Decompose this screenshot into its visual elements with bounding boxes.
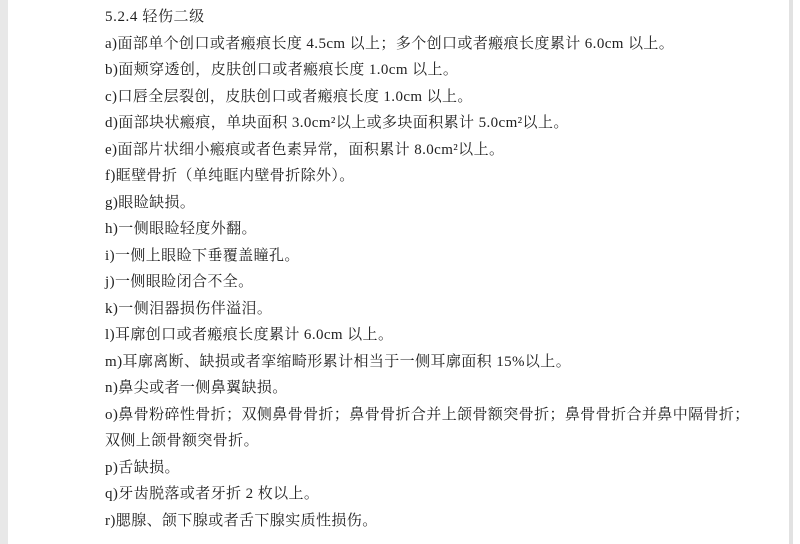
document-page: 5.2.4 轻伤二级 a)面部单个创口或者瘢痕长度 4.5cm 以上；多个创口或…: [0, 0, 800, 544]
document-line: i)一侧上眼睑下垂覆盖瞳孔。: [105, 243, 780, 270]
page-right-edge: [789, 0, 793, 544]
document-line: k)一侧泪器损伤伴溢泪。: [105, 296, 780, 323]
document-line: b)面颊穿透创，皮肤创口或者瘢痕长度 1.0cm 以上。: [105, 57, 780, 84]
section-heading: 5.2.4 轻伤二级: [105, 4, 780, 31]
document-line: j)一侧眼睑闭合不全。: [105, 269, 780, 296]
document-line: r)腮腺、颌下腺或者舌下腺实质性损伤。: [105, 508, 780, 535]
document-line: 双侧上颌骨额突骨折。: [105, 428, 780, 455]
document-line: c)口唇全层裂创，皮肤创口或者瘢痕长度 1.0cm 以上。: [105, 84, 780, 111]
document-line: m)耳廓离断、缺损或者挛缩畸形累计相当于一侧耳廓面积 15%以上。: [105, 349, 780, 376]
document-line: l)耳廓创口或者瘢痕长度累计 6.0cm 以上。: [105, 322, 780, 349]
page-left-margin: [0, 0, 8, 544]
document-line: d)面部块状瘢痕，单块面积 3.0cm²以上或多块面积累计 5.0cm²以上。: [105, 110, 780, 137]
section-body: a)面部单个创口或者瘢痕长度 4.5cm 以上；多个创口或者瘢痕长度累计 6.0…: [105, 31, 780, 535]
document-line: o)鼻骨粉碎性骨折；双侧鼻骨骨折；鼻骨骨折合并上颌骨额突骨折；鼻骨骨折合并鼻中隔…: [105, 402, 780, 429]
document-line: p)舌缺损。: [105, 455, 780, 482]
document-line: n)鼻尖或者一侧鼻翼缺损。: [105, 375, 780, 402]
document-line: e)面部片状细小瘢痕或者色素异常，面积累计 8.0cm²以上。: [105, 137, 780, 164]
document-line: q)牙齿脱落或者牙折 2 枚以上。: [105, 481, 780, 508]
document-content: 5.2.4 轻伤二级 a)面部单个创口或者瘢痕长度 4.5cm 以上；多个创口或…: [105, 4, 780, 534]
document-line: h)一侧眼睑轻度外翻。: [105, 216, 780, 243]
document-line: a)面部单个创口或者瘢痕长度 4.5cm 以上；多个创口或者瘢痕长度累计 6.0…: [105, 31, 780, 58]
document-line: g)眼睑缺损。: [105, 190, 780, 217]
document-line: f)眶壁骨折（单纯眶内壁骨折除外）。: [105, 163, 780, 190]
